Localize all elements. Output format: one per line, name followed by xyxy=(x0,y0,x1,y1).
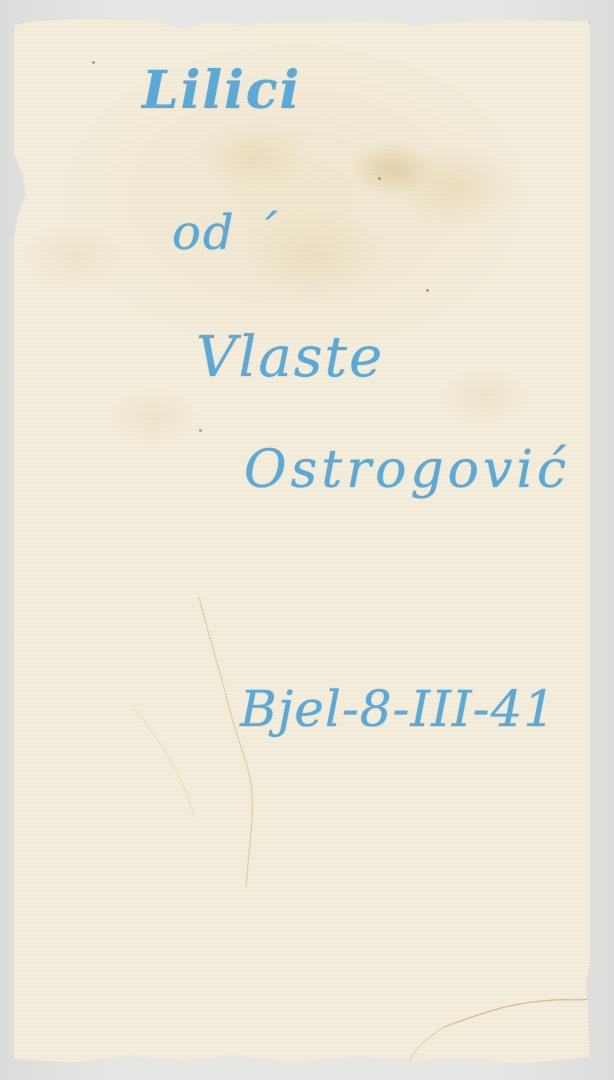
handwriting-surname: Ostrogović xyxy=(244,440,570,500)
paper-crack-left xyxy=(14,17,590,1067)
stain-speck xyxy=(378,177,381,180)
handwriting-place-date: Bjel-8-III-41 xyxy=(240,680,556,738)
handwriting-from: od ´ xyxy=(172,205,279,261)
paper-card xyxy=(14,17,590,1067)
handwriting-recipient: Lilici xyxy=(142,60,301,121)
stain-speck xyxy=(426,289,429,292)
stain-speck xyxy=(92,61,95,64)
handwriting-first-name: Vlaste xyxy=(196,325,384,390)
stain-speck xyxy=(199,429,202,432)
